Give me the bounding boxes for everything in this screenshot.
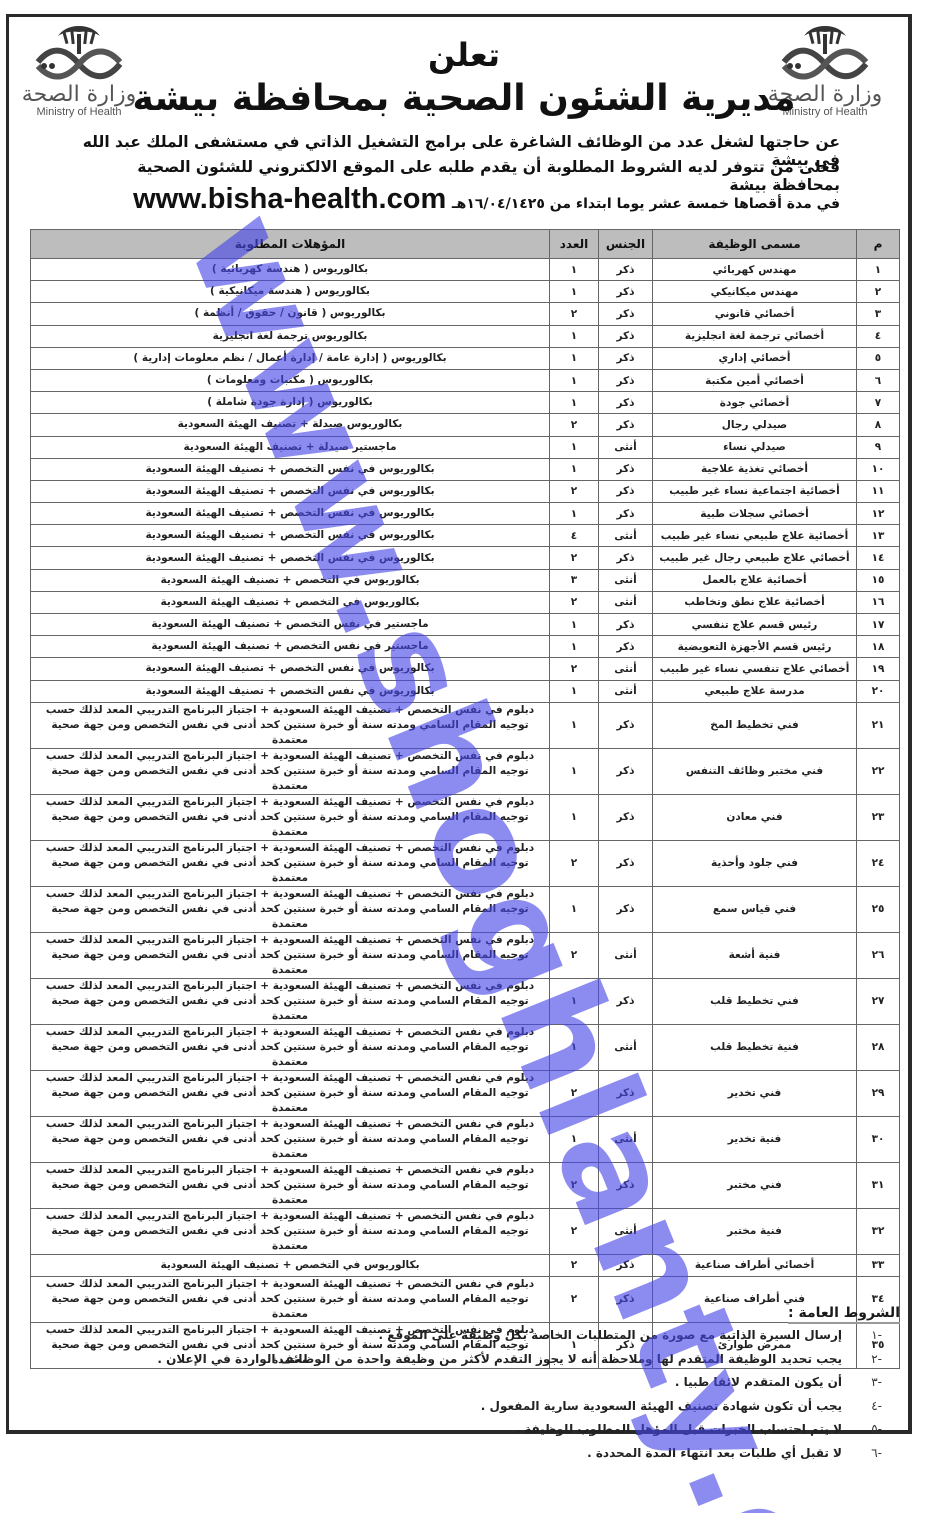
- cell-count: ٢: [550, 303, 599, 325]
- condition-item: -٤يجب أن تكون شهادة تصنيف الهيئة السعودي…: [62, 1399, 882, 1423]
- cell-qual: بكالوريوس في نفس التخصص + تصنيف الهيئة ا…: [31, 658, 550, 680]
- cell-gender: ذكر: [599, 1070, 653, 1116]
- cell-count: ١: [550, 702, 599, 748]
- cell-count: ١: [550, 281, 599, 303]
- cell-count: ١: [550, 503, 599, 525]
- cell-qual: دبلوم في نفس التخصص + تصنيف الهيئة السعو…: [31, 1070, 550, 1116]
- cell-gender: ذكر: [599, 458, 653, 480]
- announce-heading: تعلن: [0, 36, 928, 74]
- cell-count: ٢: [550, 658, 599, 680]
- table-row: ٧أخصائي جودةذكر١بكالوريوس ( إدارة جودة ش…: [31, 392, 900, 414]
- condition-item: -٢يجب تحديد الوظيفة المتقدم لها وملاحظة …: [62, 1352, 882, 1376]
- cell-gender: أنثى: [599, 658, 653, 680]
- cell-count: ١: [550, 392, 599, 414]
- cell-count: ٢: [550, 1254, 599, 1276]
- application-period: في مدة أقصاها خمسة عشر يوما ابتداء من ١٦…: [452, 196, 840, 212]
- cell-title: أخصائي أمين مكتبة: [653, 369, 857, 391]
- table-row: ٦أخصائي أمين مكتبةذكر١بكالوريوس ( مكتبات…: [31, 369, 900, 391]
- cell-gender: ذكر: [599, 636, 653, 658]
- condition-number: -٤: [842, 1399, 882, 1423]
- cell-num: ٤: [857, 325, 900, 347]
- table-row: ٢٩فني تخديرذكر٢دبلوم في نفس التخصص + تصن…: [31, 1070, 900, 1116]
- cell-count: ١: [550, 1024, 599, 1070]
- table-row: ٨صيدلي رجالذكر٢بكالوريوس صيدلة + تصنيف ا…: [31, 414, 900, 436]
- condition-text: لا يتم احتساب الخبرات قبل المؤهل المطلوب…: [515, 1422, 842, 1446]
- cell-title: أخصائي جودة: [653, 392, 857, 414]
- cell-num: ٦: [857, 369, 900, 391]
- cell-title: فني تخدير: [653, 1070, 857, 1116]
- cell-num: ٢: [857, 281, 900, 303]
- table-row: ٣أخصائي قانونيذكر٢بكالوريوس ( قانون / حق…: [31, 303, 900, 325]
- table-row: ٣٤فني أطراف صناعيةذكر٢دبلوم في نفس التخص…: [31, 1276, 900, 1322]
- table-row: ٣٠فنية تخديرأنثى١دبلوم في نفس التخصص + ت…: [31, 1116, 900, 1162]
- cell-num: ٢٥: [857, 886, 900, 932]
- table-row: ١٦أخصائية علاج نطق وتخاطبأنثى٢بكالوريوس …: [31, 591, 900, 613]
- cell-title: أخصائية علاج بالعمل: [653, 569, 857, 591]
- cell-title: أخصائي أطراف صناعية: [653, 1254, 857, 1276]
- cell-count: ٢: [550, 840, 599, 886]
- cell-title: فني معادن: [653, 794, 857, 840]
- cell-num: ١٣: [857, 525, 900, 547]
- cell-title: فني تخطيط قلب: [653, 978, 857, 1024]
- cell-title: رئيس قسم علاج تنفسي: [653, 614, 857, 636]
- cell-title: فني تخطيط المخ: [653, 702, 857, 748]
- col-title: مسمى الوظيفة: [653, 230, 857, 259]
- cell-title: مدرسة علاج طبيعي: [653, 680, 857, 702]
- cell-qual: بكالوريوس ( قانون / حقوق / أنظمة ): [31, 303, 550, 325]
- table-row: ٢٧فني تخطيط قلبذكر١دبلوم في نفس التخصص +…: [31, 978, 900, 1024]
- cell-gender: ذكر: [599, 480, 653, 502]
- cell-qual: بكالوريوس في نفس التخصص + تصنيف الهيئة ا…: [31, 680, 550, 702]
- cell-gender: ذكر: [599, 702, 653, 748]
- table-row: ١٤أخصائي علاج طبيعي رجال غير طبيبذكر٢بكا…: [31, 547, 900, 569]
- cell-qual: بكالوريوس في نفس التخصص + تصنيف الهيئة ا…: [31, 547, 550, 569]
- cell-title: فنية تخدير: [653, 1116, 857, 1162]
- cell-title: صيدلي رجال: [653, 414, 857, 436]
- cell-qual: بكالوريوس في نفس التخصص + تصنيف الهيئة ا…: [31, 480, 550, 502]
- cell-title: فني مختبر وظائف التنفس: [653, 748, 857, 794]
- cell-num: ٢٠: [857, 680, 900, 702]
- cell-title: مهندس كهربائي: [653, 259, 857, 281]
- condition-item: -١إرسال السيرة الذاتية مع صورة من المتطل…: [62, 1328, 882, 1352]
- cell-gender: ذكر: [599, 794, 653, 840]
- table-row: ٢٢فني مختبر وظائف التنفسذكر١دبلوم في نفس…: [31, 748, 900, 794]
- cell-gender: أنثى: [599, 591, 653, 613]
- cell-gender: ذكر: [599, 1276, 653, 1322]
- cell-gender: ذكر: [599, 281, 653, 303]
- table-row: ٥أخصائي إداريذكر١بكالوريوس ( إدارة عامة …: [31, 347, 900, 369]
- cell-count: ٢: [550, 414, 599, 436]
- cell-num: ٢٢: [857, 748, 900, 794]
- cell-qual: دبلوم في نفس التخصص + تصنيف الهيئة السعو…: [31, 932, 550, 978]
- cell-qual: بكالوريوس في التخصص + تصنيف الهيئة السعو…: [31, 569, 550, 591]
- cell-gender: ذكر: [599, 325, 653, 347]
- cell-qual: ماجستير صيدلة + تصنيف الهيئة السعودية: [31, 436, 550, 458]
- cell-num: ٥: [857, 347, 900, 369]
- condition-number: -٣: [842, 1375, 882, 1399]
- table-row: ٢٨فنية تخطيط قلبأنثى١دبلوم في نفس التخصص…: [31, 1024, 900, 1070]
- cell-title: فنية أشعة: [653, 932, 857, 978]
- condition-item: -٣أن يكون المتقدم لائقا طبيا .: [62, 1375, 882, 1399]
- cell-gender: ذكر: [599, 614, 653, 636]
- cell-gender: ذكر: [599, 840, 653, 886]
- cell-gender: أنثى: [599, 436, 653, 458]
- cell-qual: بكالوريوس صيدلة + تصنيف الهيئة السعودية: [31, 414, 550, 436]
- cell-gender: ذكر: [599, 1254, 653, 1276]
- cell-count: ٢: [550, 591, 599, 613]
- cell-num: ٢٩: [857, 1070, 900, 1116]
- cell-qual: دبلوم في نفس التخصص + تصنيف الهيئة السعو…: [31, 886, 550, 932]
- table-row: ٢١فني تخطيط المخذكر١دبلوم في نفس التخصص …: [31, 702, 900, 748]
- col-gender: الجنس: [599, 230, 653, 259]
- cell-qual: بكالوريوس في نفس التخصص + تصنيف الهيئة ا…: [31, 525, 550, 547]
- cell-qual: دبلوم في نفس التخصص + تصنيف الهيئة السعو…: [31, 840, 550, 886]
- cell-title: أخصائية اجتماعية نساء غير طبيب: [653, 480, 857, 502]
- cell-qual: دبلوم في نفس التخصص + تصنيف الهيئة السعو…: [31, 702, 550, 748]
- table-row: ١٩أخصائي علاج تنفسي نساء غير طبيبأنثى٢بك…: [31, 658, 900, 680]
- cell-num: ٨: [857, 414, 900, 436]
- cell-count: ١: [550, 886, 599, 932]
- cell-title: فني قياس سمع: [653, 886, 857, 932]
- cell-gender: أنثى: [599, 680, 653, 702]
- table-row: ١٥أخصائية علاج بالعملأنثى٣بكالوريوس في ا…: [31, 569, 900, 591]
- cell-count: ١: [550, 369, 599, 391]
- cell-num: ٢١: [857, 702, 900, 748]
- cell-gender: ذكر: [599, 1162, 653, 1208]
- condition-text: يجب أن تكون شهادة تصنيف الهيئة السعودية …: [481, 1399, 842, 1423]
- cell-count: ١: [550, 325, 599, 347]
- cell-gender: ذكر: [599, 547, 653, 569]
- cell-count: ١: [550, 794, 599, 840]
- cell-gender: أنثى: [599, 1208, 653, 1254]
- cell-title: أخصائية علاج طبيعي نساء غير طبيب: [653, 525, 857, 547]
- cell-title: أخصائي ترجمة لغة انجليزية: [653, 325, 857, 347]
- cell-gender: ذكر: [599, 978, 653, 1024]
- col-count: العدد: [550, 230, 599, 259]
- cell-title: فنية تخطيط قلب: [653, 1024, 857, 1070]
- cell-count: ١: [550, 748, 599, 794]
- condition-text: يجب تحديد الوظيفة المتقدم لها وملاحظة أن…: [157, 1352, 842, 1376]
- cell-qual: بكالوريوس في التخصص + تصنيف الهيئة السعو…: [31, 591, 550, 613]
- cell-num: ٢٨: [857, 1024, 900, 1070]
- cell-qual: بكالوريوس ( هندسة ميكانيكية ): [31, 281, 550, 303]
- table-row: ٢٦فنية أشعةأنثى٢دبلوم في نفس التخصص + تص…: [31, 932, 900, 978]
- cell-title: أخصائي علاج تنفسي نساء غير طبيب: [653, 658, 857, 680]
- cell-qual: بكالوريوس في نفس التخصص + تصنيف الهيئة ا…: [31, 503, 550, 525]
- cell-qual: دبلوم في نفس التخصص + تصنيف الهيئة السعو…: [31, 1208, 550, 1254]
- cell-qual: بكالوريوس ( مكتبات ومعلومات ): [31, 369, 550, 391]
- table-row: ٣١فني مختبرذكر٢دبلوم في نفس التخصص + تصن…: [31, 1162, 900, 1208]
- cell-gender: ذكر: [599, 414, 653, 436]
- table-row: ٣٣أخصائي أطراف صناعيةذكر٢بكالوريوس في ال…: [31, 1254, 900, 1276]
- cell-title: أخصائي سجلات طبية: [653, 503, 857, 525]
- cell-title: أخصائية علاج نطق وتخاطب: [653, 591, 857, 613]
- condition-text: لا تقبل أي طلبات بعد انتهاء المدة المحدد…: [587, 1446, 842, 1470]
- col-num: م: [857, 230, 900, 259]
- cell-title: رئيس قسم الأجهزة التعويضية: [653, 636, 857, 658]
- table-row: ١٢أخصائي سجلات طبيةذكر١بكالوريوس في نفس …: [31, 503, 900, 525]
- directorate-title: مديرية الشئون الصحية بمحافظة بيشة: [0, 78, 928, 119]
- cell-title: فنية مختبر: [653, 1208, 857, 1254]
- cell-gender: ذكر: [599, 392, 653, 414]
- conditions-title: الشروط العامة :: [788, 1305, 900, 1324]
- cell-title: أخصائي إداري: [653, 347, 857, 369]
- cell-num: ١٧: [857, 614, 900, 636]
- cell-num: ١٠: [857, 458, 900, 480]
- condition-text: أن يكون المتقدم لائقا طبيا .: [675, 1375, 842, 1399]
- table-row: ١٠أخصائي تغذية علاجيةذكر١بكالوريوس في نف…: [31, 458, 900, 480]
- cell-num: ١٨: [857, 636, 900, 658]
- jobs-table: م مسمى الوظيفة الجنس العدد المؤهلات المط…: [30, 229, 900, 1369]
- condition-item: -٥لا يتم احتساب الخبرات قبل المؤهل المطل…: [62, 1422, 882, 1446]
- cell-count: ٢: [550, 1070, 599, 1116]
- cell-gender: ذكر: [599, 369, 653, 391]
- cell-title: أخصائي تغذية علاجية: [653, 458, 857, 480]
- cell-qual: دبلوم في نفس التخصص + تصنيف الهيئة السعو…: [31, 794, 550, 840]
- cell-gender: ذكر: [599, 503, 653, 525]
- cell-count: ٤: [550, 525, 599, 547]
- cell-qual: دبلوم في نفس التخصص + تصنيف الهيئة السعو…: [31, 1162, 550, 1208]
- cell-qual: بكالوريوس في التخصص + تصنيف الهيئة السعو…: [31, 1254, 550, 1276]
- cell-num: ٣٢: [857, 1208, 900, 1254]
- cell-qual: بكالوريوس ترجمة لغة انجليزية: [31, 325, 550, 347]
- table-row: ٢٤فني جلود وأحذيةذكر٢دبلوم في نفس التخصص…: [31, 840, 900, 886]
- cell-gender: أنثى: [599, 932, 653, 978]
- cell-title: مهندس ميكانيكي: [653, 281, 857, 303]
- condition-number: -٢: [842, 1352, 882, 1376]
- cell-gender: أنثى: [599, 525, 653, 547]
- table-row: ٢٠مدرسة علاج طبيعيأنثى١بكالوريوس في نفس …: [31, 680, 900, 702]
- url-line: في مدة أقصاها خمسة عشر يوما ابتداء من ١٦…: [90, 183, 840, 216]
- cell-title: أخصائي قانوني: [653, 303, 857, 325]
- cell-num: ٢٦: [857, 932, 900, 978]
- table-row: ١٨رئيس قسم الأجهزة التعويضيةذكر١ماجستير …: [31, 636, 900, 658]
- cell-count: ١: [550, 436, 599, 458]
- col-qualifications: المؤهلات المطلوبة: [31, 230, 550, 259]
- cell-num: ١: [857, 259, 900, 281]
- cell-num: ١٤: [857, 547, 900, 569]
- cell-gender: ذكر: [599, 886, 653, 932]
- condition-text: إرسال السيرة الذاتية مع صورة من المتطلبا…: [378, 1328, 842, 1352]
- cell-count: ١: [550, 978, 599, 1024]
- cell-qual: ماجستير في نفس التخصص + تصنيف الهيئة الس…: [31, 636, 550, 658]
- cell-title: فني مختبر: [653, 1162, 857, 1208]
- cell-count: ٢: [550, 932, 599, 978]
- table-row: ٢مهندس ميكانيكيذكر١بكالوريوس ( هندسة ميك…: [31, 281, 900, 303]
- cell-gender: أنثى: [599, 1024, 653, 1070]
- cell-count: ١: [550, 614, 599, 636]
- cell-num: ٢٣: [857, 794, 900, 840]
- cell-num: ٣٠: [857, 1116, 900, 1162]
- cell-num: ٢٧: [857, 978, 900, 1024]
- cell-num: ٧: [857, 392, 900, 414]
- cell-qual: بكالوريوس ( إدارة جودة شاملة ): [31, 392, 550, 414]
- table-row: ٢٥فني قياس سمعذكر١دبلوم في نفس التخصص + …: [31, 886, 900, 932]
- cell-qual: دبلوم في نفس التخصص + تصنيف الهيئة السعو…: [31, 978, 550, 1024]
- condition-number: -٥: [842, 1422, 882, 1446]
- cell-title: أخصائي علاج طبيعي رجال غير طبيب: [653, 547, 857, 569]
- table-row: ١مهندس كهربائيذكر١بكالوريوس ( هندسة كهرب…: [31, 259, 900, 281]
- cell-count: ١: [550, 259, 599, 281]
- cell-count: ٢: [550, 1208, 599, 1254]
- cell-num: ١١: [857, 480, 900, 502]
- cell-gender: أنثى: [599, 1116, 653, 1162]
- condition-number: -١: [842, 1328, 882, 1352]
- cell-qual: دبلوم في نفس التخصص + تصنيف الهيئة السعو…: [31, 1276, 550, 1322]
- cell-qual: بكالوريوس ( إدارة عامة / إدارة أعمال / ن…: [31, 347, 550, 369]
- condition-item: -٦لا تقبل أي طلبات بعد انتهاء المدة المح…: [62, 1446, 882, 1470]
- cell-count: ١: [550, 347, 599, 369]
- cell-num: ٩: [857, 436, 900, 458]
- cell-count: ١: [550, 458, 599, 480]
- cell-num: ٣١: [857, 1162, 900, 1208]
- cell-num: ٣٣: [857, 1254, 900, 1276]
- cell-title: صيدلي نساء: [653, 436, 857, 458]
- cell-num: ١٥: [857, 569, 900, 591]
- cell-gender: ذكر: [599, 303, 653, 325]
- cell-num: ١٩: [857, 658, 900, 680]
- cell-gender: ذكر: [599, 259, 653, 281]
- cell-count: ٢: [550, 547, 599, 569]
- table-row: ٤أخصائي ترجمة لغة انجليزيةذكر١بكالوريوس …: [31, 325, 900, 347]
- table-row: ٩صيدلي نساءأنثى١ماجستير صيدلة + تصنيف ال…: [31, 436, 900, 458]
- table-row: ١٣أخصائية علاج طبيعي نساء غير طبيبأنثى٤ب…: [31, 525, 900, 547]
- cell-qual: دبلوم في نفس التخصص + تصنيف الهيئة السعو…: [31, 1116, 550, 1162]
- cell-gender: ذكر: [599, 347, 653, 369]
- cell-qual: دبلوم في نفس التخصص + تصنيف الهيئة السعو…: [31, 748, 550, 794]
- cell-count: ١: [550, 636, 599, 658]
- cell-num: ١٢: [857, 503, 900, 525]
- cell-gender: ذكر: [599, 748, 653, 794]
- cell-qual: ماجستير في نفس التخصص + تصنيف الهيئة الس…: [31, 614, 550, 636]
- cell-count: ٢: [550, 1276, 599, 1322]
- cell-qual: بكالوريوس في نفس التخصص + تصنيف الهيئة ا…: [31, 458, 550, 480]
- table-row: ٢٣فني معادنذكر١دبلوم في نفس التخصص + تصن…: [31, 794, 900, 840]
- cell-num: ٢٤: [857, 840, 900, 886]
- cell-count: ٢: [550, 1162, 599, 1208]
- cell-count: ٢: [550, 480, 599, 502]
- cell-num: ٣: [857, 303, 900, 325]
- table-row: ١٧رئيس قسم علاج تنفسيذكر١ماجستير في نفس …: [31, 614, 900, 636]
- conditions-list: -١إرسال السيرة الذاتية مع صورة من المتطل…: [62, 1328, 882, 1469]
- cell-count: ١: [550, 680, 599, 702]
- cell-gender: أنثى: [599, 569, 653, 591]
- cell-title: فني جلود وأحذية: [653, 840, 857, 886]
- cell-qual: بكالوريوس ( هندسة كهربائية ): [31, 259, 550, 281]
- cell-count: ١: [550, 1116, 599, 1162]
- table-header-row: م مسمى الوظيفة الجنس العدد المؤهلات المط…: [31, 230, 900, 259]
- cell-count: ٣: [550, 569, 599, 591]
- condition-number: -٦: [842, 1446, 882, 1470]
- website-link[interactable]: www.bisha-health.com: [133, 183, 446, 215]
- table-row: ٣٢فنية مختبرأنثى٢دبلوم في نفس التخصص + ت…: [31, 1208, 900, 1254]
- cell-qual: دبلوم في نفس التخصص + تصنيف الهيئة السعو…: [31, 1024, 550, 1070]
- table-row: ١١أخصائية اجتماعية نساء غير طبيبذكر٢بكال…: [31, 480, 900, 502]
- cell-num: ١٦: [857, 591, 900, 613]
